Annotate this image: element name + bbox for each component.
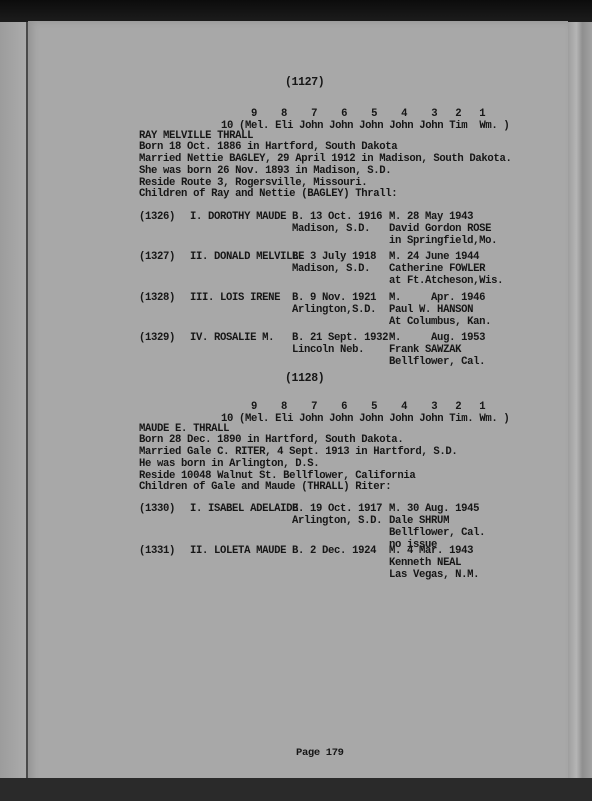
child-name: III. LOIS IRENE — [190, 292, 280, 304]
person-detail: Married Nettie BAGLEY, 29 April 1912 in … — [139, 153, 511, 165]
child-marriage: Frank SAWZAK — [389, 344, 461, 356]
child-id: (1326) — [139, 211, 175, 223]
page-number: Page 179 — [296, 747, 344, 759]
child-marriage: at Ft.Atcheson,Wis. — [389, 275, 503, 287]
child-name: II. DONALD MELVILLE — [190, 251, 304, 263]
child-name: I. DOROTHY MAUDE — [190, 211, 286, 223]
child-name: I. ISABEL ADELAIDE — [190, 503, 298, 515]
child-birth: B. 2 Dec. 1924 — [292, 545, 376, 557]
child-marriage: M. 24 June 1944 — [389, 251, 479, 263]
page-stack-edge — [568, 22, 592, 784]
child-marriage: Kenneth NEAL — [389, 557, 461, 569]
generation-numbers: 9 8 7 6 5 4 3 2 1 — [251, 401, 485, 413]
person-detail: Born 18 Oct. 1886 in Hartford, South Dak… — [139, 141, 397, 153]
lineage-line: 10 (Mel. Eli John John John John John Ti… — [221, 413, 509, 425]
person-detail: Married Gale C. RITER, 4 Sept. 1913 in H… — [139, 446, 457, 458]
child-birth: B. 13 Oct. 1916 — [292, 211, 382, 223]
scan-top-border — [0, 0, 592, 22]
child-id: (1331) — [139, 545, 175, 557]
entry-number: (1128) — [285, 373, 324, 385]
child-birth: B. 19 Oct. 1917 — [292, 503, 382, 515]
person-detail: Born 28 Dec. 1890 in Hartford, South Dak… — [139, 434, 403, 446]
child-marriage: Bellflower, Cal. — [389, 527, 485, 539]
child-marriage: in Springfield,Mo. — [389, 235, 497, 247]
child-birth: B. 3 July 1918 — [292, 251, 376, 263]
child-marriage: M. 30 Aug. 1945 — [389, 503, 479, 515]
entry-number: (1127) — [285, 77, 324, 89]
child-birth: Arlington, S.D. — [292, 515, 382, 527]
facing-page-edge — [0, 22, 27, 787]
generation-numbers: 9 8 7 6 5 4 3 2 1 — [251, 108, 485, 120]
child-marriage: David Gordon ROSE — [389, 223, 491, 235]
child-name: IV. ROSALIE M. — [190, 332, 274, 344]
child-marriage: At Columbus, Kan. — [389, 316, 491, 328]
child-id: (1328) — [139, 292, 175, 304]
child-marriage: M. 4 Mar. 1943 — [389, 545, 473, 557]
child-birth: B. 9 Nov. 1921 — [292, 292, 376, 304]
scan-bottom-border — [0, 778, 592, 801]
lineage-line: 10 (Mel. Eli John John John John John Ti… — [221, 120, 509, 132]
child-id: (1327) — [139, 251, 175, 263]
child-birth: B. 21 Sept. 1932 — [292, 332, 388, 344]
child-marriage: Catherine FOWLER — [389, 263, 485, 275]
child-marriage: Las Vegas, N.M. — [389, 569, 479, 581]
person-detail: She was born 26 Nov. 1893 in Madison, S.… — [139, 165, 391, 177]
person-detail: He was born in Arlington, D.S. — [139, 458, 319, 470]
child-marriage: M. Apr. 1946 — [389, 292, 485, 304]
book-gutter — [26, 22, 28, 787]
child-marriage: Paul W. HANSON — [389, 304, 473, 316]
child-marriage: M. 28 May 1943 — [389, 211, 473, 223]
child-marriage: M. Aug. 1953 — [389, 332, 485, 344]
child-name: II. LOLETA MAUDE — [190, 545, 286, 557]
child-birth: Lincoln Neb. — [292, 344, 364, 356]
child-marriage: Bellflower, Cal. — [389, 356, 485, 368]
child-marriage: Dale SHRUM — [389, 515, 449, 527]
children-heading: Children of Ray and Nettie (BAGLEY) Thra… — [139, 188, 397, 200]
child-id: (1329) — [139, 332, 175, 344]
children-heading: Children of Gale and Maude (THRALL) Rite… — [139, 481, 391, 493]
child-birth: Madison, S.D. — [292, 223, 370, 235]
child-birth: Arlington,S.D. — [292, 304, 376, 316]
child-birth: Madison, S.D. — [292, 263, 370, 275]
child-id: (1330) — [139, 503, 175, 515]
